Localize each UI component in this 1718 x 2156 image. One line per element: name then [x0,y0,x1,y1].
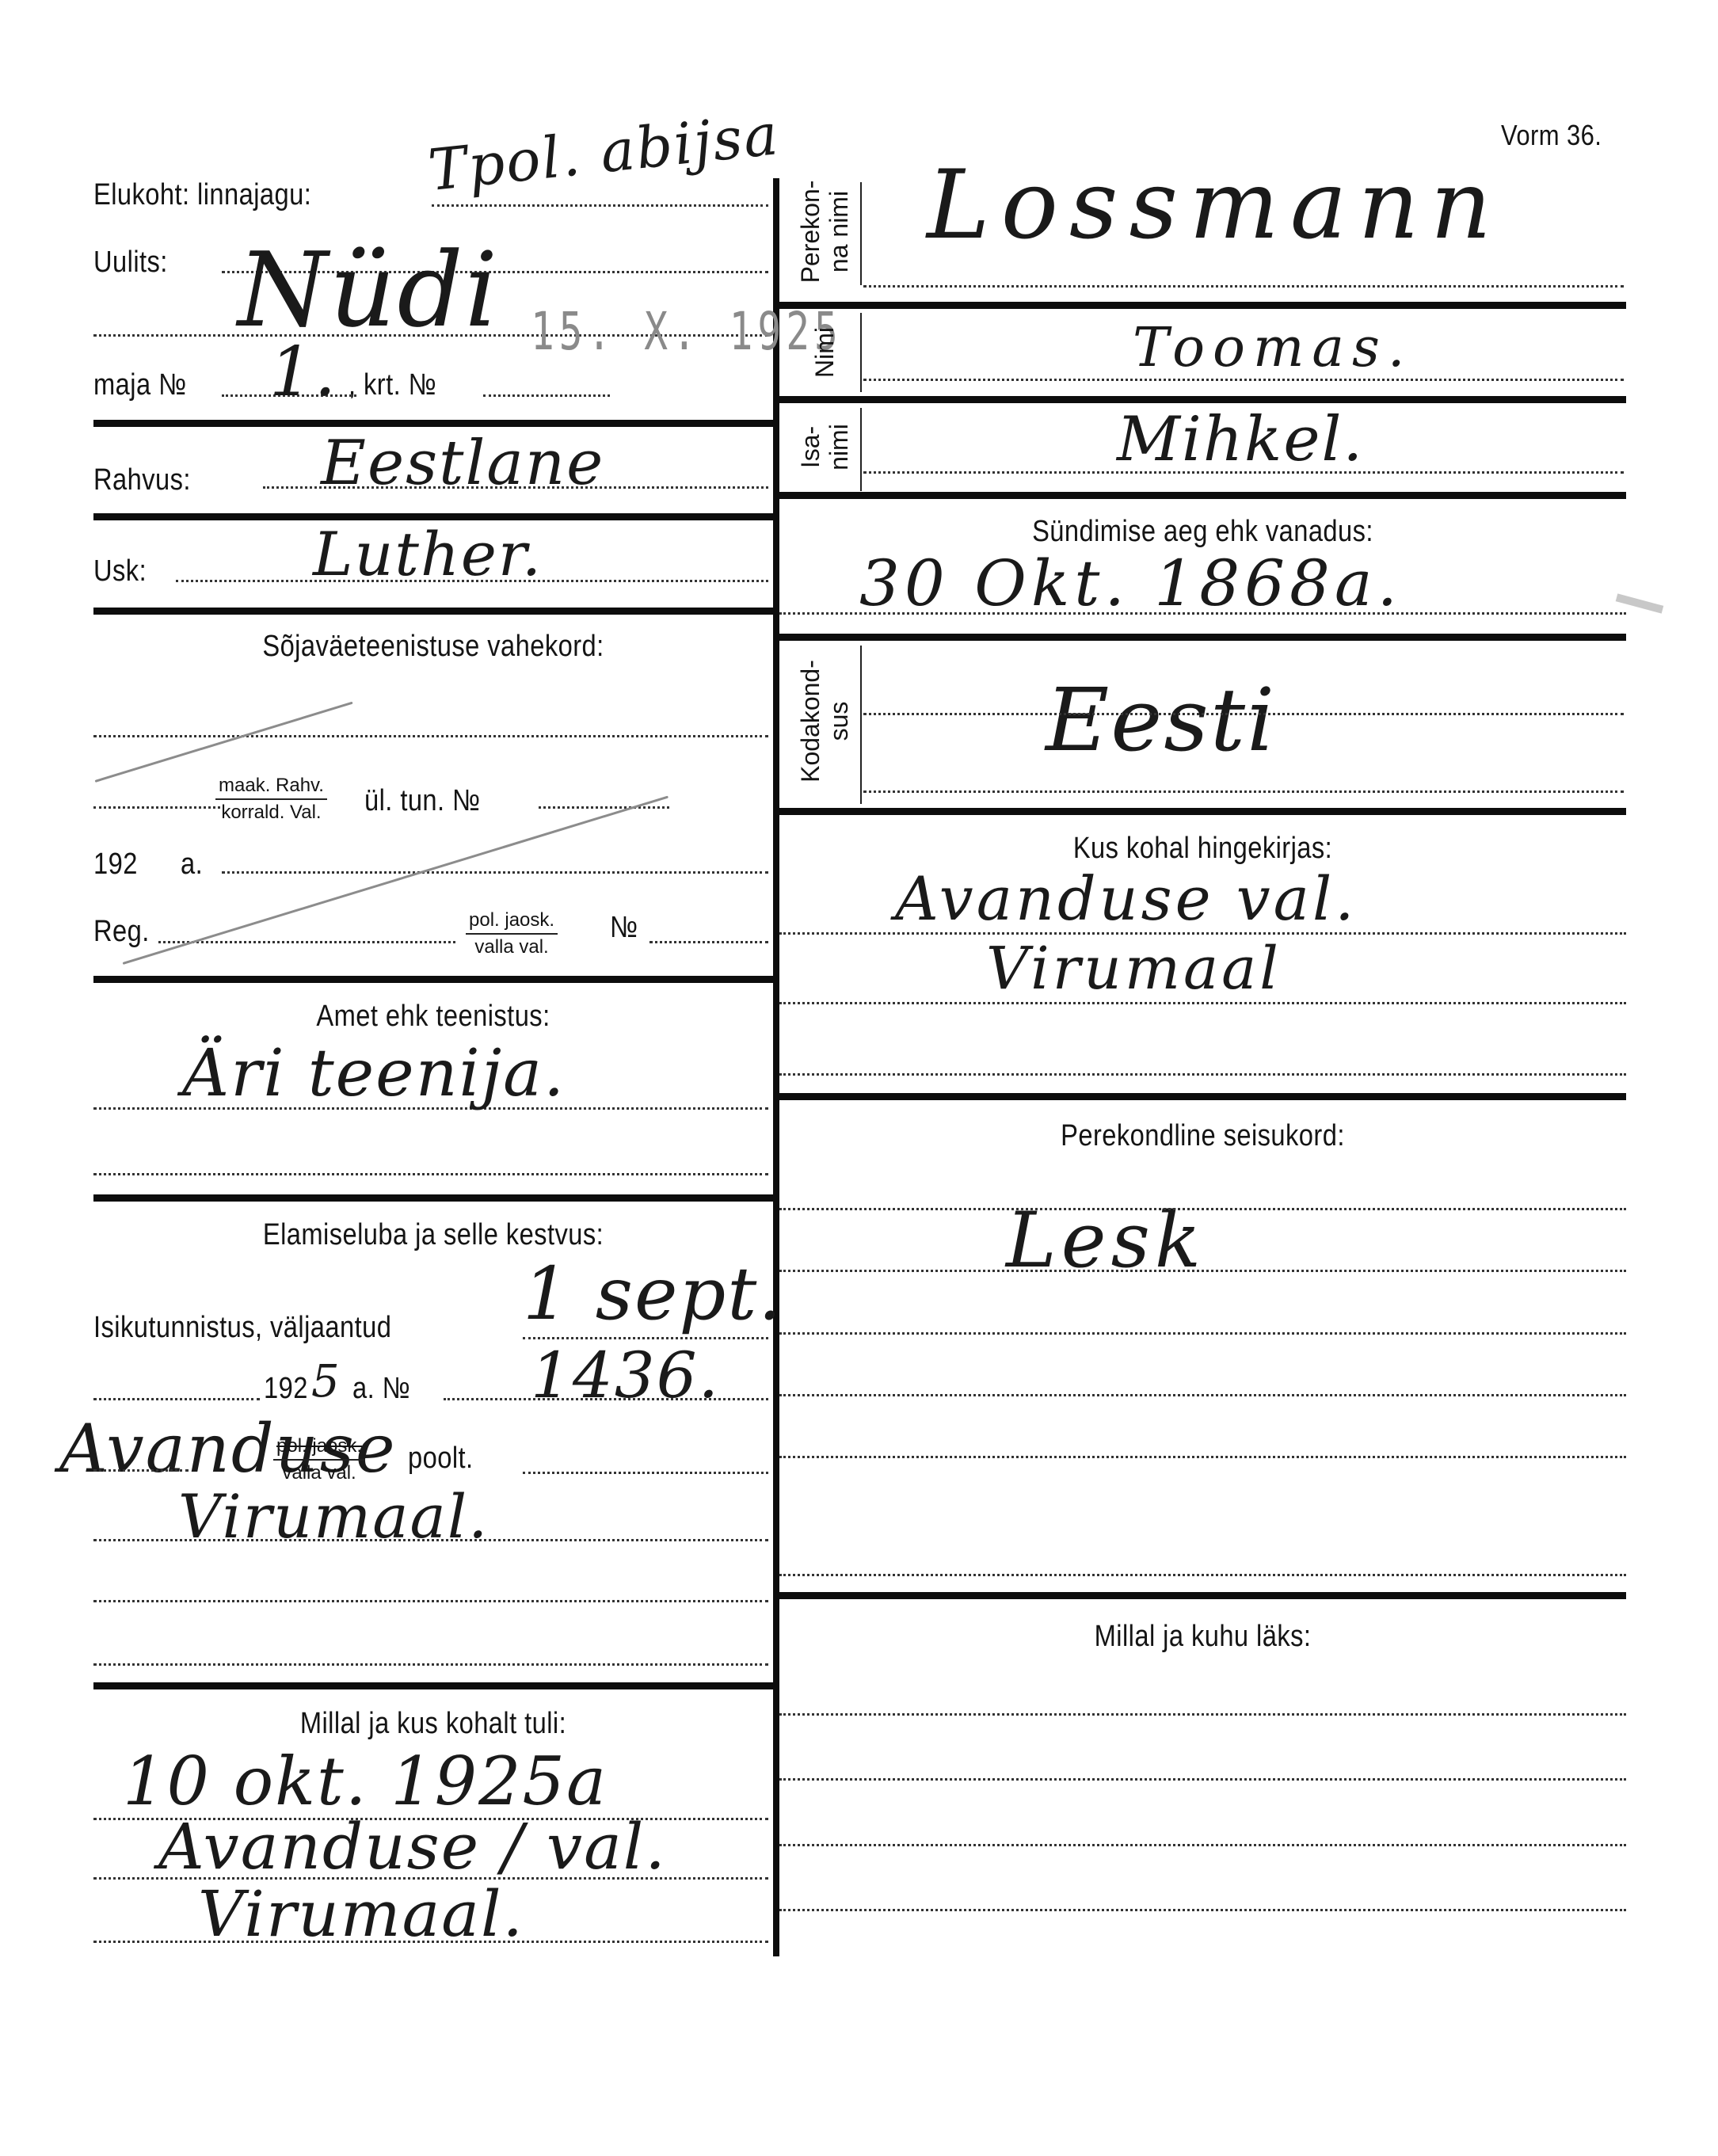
poolt-label: poolt. [408,1442,474,1476]
id-card-label: Isikutunnistus, väljaantud [93,1311,391,1345]
district-label: Elukoht: linnajagu: [93,178,311,212]
section-rule [93,1194,773,1202]
departure-rule-3 [779,1844,1626,1846]
reg-number-line [649,941,768,943]
smudge-mark [1616,593,1664,613]
fathers-name-label-divider [860,408,862,491]
registry-line-2[interactable]: Virumaal [986,935,1282,1003]
military-heading: Sõjaväeteenistuse vahekord: [141,630,726,664]
id-issued-value[interactable]: 1 sept. [523,1251,783,1336]
military-fraction-district: pol. jaosk. valla val. [466,909,558,958]
form-number: Vorm 36. [1501,119,1602,152]
house-number-label: maja № [93,368,187,402]
issuer-fraction: pol. jaosk. valla val. [273,1435,365,1484]
occupation-heading: Amet ehk teenistus: [141,1000,726,1034]
id-year-line [93,1398,260,1400]
surname-label-divider [860,182,862,285]
surname-label: Perekon- na nimi [796,178,853,285]
section-rule [93,420,773,427]
fathers-name-value[interactable]: Mihkel. [1117,404,1364,475]
arrival-rule-3 [93,1941,768,1943]
id-year-label: 192 [264,1372,308,1406]
marital-rule-2 [779,1270,1626,1272]
section-rule [93,976,773,983]
occupation-value[interactable]: Äri teenija. [182,1036,566,1111]
military-year-suffix: a. [181,848,203,882]
section-rule [779,808,1626,815]
citizenship-line-1 [863,713,1624,715]
district-value[interactable]: Tpol. abijsa [425,101,783,204]
district-line [432,204,768,207]
marital-rule-6 [779,1574,1626,1576]
marital-rule-5 [779,1456,1626,1458]
military-year-line [222,871,768,874]
occupation-line-2 [93,1173,768,1175]
departure-rule-4 [779,1909,1626,1911]
departure-heading: Millal ja kuhu läks: [839,1620,1567,1654]
section-rule [779,634,1626,641]
birth-value[interactable]: 30 Okt. 1868a. [859,547,1402,620]
citizenship-label: Kodakond- sus [796,644,853,798]
registry-heading: Kus kohal hingekirjas: [839,832,1567,866]
nationality-value[interactable]: Eestlane [321,428,604,499]
section-rule [779,396,1626,403]
fathers-name-line [863,471,1624,474]
first-name-label: Nimi [810,317,839,388]
reg-line [158,941,455,943]
marital-heading: Perekondline seisukord: [839,1119,1567,1153]
nationality-label: Rahvus: [93,463,191,497]
section-rule [93,1682,773,1689]
center-column-divider [773,178,779,1956]
street-label: Uulits: [93,246,168,280]
first-name-value[interactable]: Toomas. [1133,317,1413,379]
house-number-value[interactable]: 1. [269,333,337,412]
arrival-line-2[interactable]: Avanduse / val. [158,1810,667,1884]
permit-line-2 [93,1600,768,1602]
surname-line [863,285,1624,288]
ul-tun-line [539,806,669,809]
birth-line [779,612,1626,615]
section-rule [779,1093,1626,1100]
pencil-strike-2 [123,796,669,965]
residence-permit-heading: Elamiseluba ja selle kestvus: [141,1218,726,1252]
marital-rule-3 [779,1332,1626,1335]
reg-label: Reg. [93,915,150,949]
fathers-name-label: Isa- nimi [796,409,853,485]
registry-rule-3 [779,1073,1626,1076]
citizenship-line-2 [863,790,1624,793]
permit-line-3 [93,1663,768,1666]
religion-value[interactable]: Luther. [313,519,543,589]
id-year-value[interactable]: 5 [311,1356,341,1407]
arrival-heading: Millal ja kus kohalt tuli: [141,1707,726,1741]
section-rule [93,608,773,615]
religion-label: Usk: [93,554,147,589]
marital-rule-1 [779,1208,1626,1210]
military-fraction-office: maak. Rahv. korrald. Val. [215,775,327,824]
military-year-prefix: 192 [93,848,138,882]
first-name-line [863,379,1624,381]
section-rule [779,492,1626,499]
date-stamp: 15. X. 1925 [531,301,843,362]
name-label-divider [860,313,862,392]
section-rule [779,1592,1626,1599]
military-line-2a [93,806,220,809]
pencil-strike-1 [95,702,353,783]
section-rule [779,302,1626,309]
permit-line-1 [93,1539,768,1541]
apartment-label: , krt. № [349,368,436,402]
issuer-line [93,1469,189,1472]
citizenship-value[interactable]: Eesti [1046,669,1276,771]
ul-tun-label: ül. tun. № [364,784,481,818]
marital-rule-4 [779,1394,1626,1396]
arrival-line-1[interactable]: 10 okt. 1925a [123,1743,608,1820]
military-line-1 [93,735,768,737]
departure-rule-2 [779,1778,1626,1781]
reg-number-label: № [610,911,638,945]
citizenship-label-divider [860,646,862,804]
id-number-value[interactable]: 1436. [531,1339,720,1412]
surname-value[interactable]: Lossmann [927,150,1503,261]
birth-heading: Sündimise aeg ehk vanadus: [839,515,1567,549]
poolt-line [523,1472,768,1474]
id-number-label: a. № [352,1372,410,1406]
registry-rule-2 [779,1002,1626,1004]
departure-rule-1 [779,1713,1626,1716]
registry-line-1[interactable]: Avanduse val. [895,863,1357,934]
apartment-line [483,394,610,397]
